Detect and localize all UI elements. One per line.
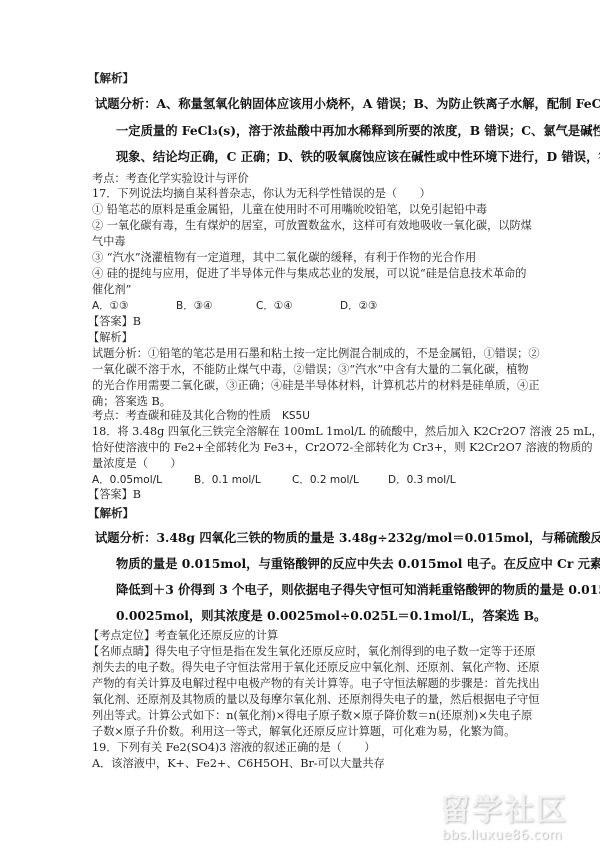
statement-4: ④ 硅的提纯与应用，促进了半导体元件与集成芯业的发展，可以说“硅是信息技术革命的 <box>92 267 526 281</box>
watermark: 留学社区 bbs.liuxue86.com <box>440 795 590 847</box>
option-a: A．0.05mol/L <box>92 473 162 487</box>
option-b: B．0.1 mol/L <box>194 473 261 487</box>
mingshi-line: 产物的有关计算及电解过程中电极产物的有关计算等。电子守恒法解题的步骤是：首先找出 <box>92 677 540 691</box>
analysis-line: 一定质量的 FeCl₃(s)，溶于浓盐酸中再加水稀释到所要的浓度，B 错误；C、… <box>116 123 600 139</box>
analysis-line: 试题分析：3.48g 四氧化三铁的物质的量是 3.48g÷232g/mol＝0.… <box>95 530 600 546</box>
answer-18: 【答案】B <box>88 488 141 502</box>
watermark-url: bbs.liuxue86.com <box>442 828 562 843</box>
statement-3: ③ “汽水”浇灌植物有一定道理，其中二氧化碳的缓释，有利于作物的光合作用 <box>92 251 476 265</box>
document-page: 【解析】 试题分析：A、称量氢氧化钠固体应该用小烧杯，A 错误；B、为防止铁离子… <box>0 0 600 848</box>
analysis-line: 现象、结论均正确，C 正确；D、铁的吸氧腐蚀应该在碱性或中性环境下进行，D 错误… <box>116 149 600 165</box>
analysis-line: 一氧化碳不溶于水，不能防止煤气中毒，②错误；③“汽水”中含有大量的二氧化碳，植物 <box>92 363 529 377</box>
analysis-line: 试题分析：A、称量氢氧化钠固体应该用小烧杯，A 错误；B、为防止铁离子水解，配制… <box>95 96 600 112</box>
option-c: C．①④ <box>256 299 293 313</box>
mingshi-line: 氧化剂、还原剂及其物质的量以及每摩尔氧化剂、还原剂得失电子的量，然后根据电子守恒 <box>92 693 540 707</box>
statement-2: ② 一氧化碳有毒，生有煤炉的居室，可放置数盆水，这样可有效地吸收一氧化碳，以防煤 <box>92 219 532 233</box>
kaodian-text: 考点：考查化学实验设计与评价 <box>92 172 249 186</box>
option-a: A．①③ <box>92 299 129 313</box>
analysis-line: 0.0025mol，则其浓度是 0.0025mol÷0.025L＝0.1mol/… <box>116 608 546 624</box>
option-c: C．0.2 mol/L <box>292 473 359 487</box>
option-d: D．0.3 mol/L <box>388 473 456 487</box>
kaodian-dingwei: 【考点定位】考查氧化还原反应的计算 <box>88 629 278 643</box>
answer-17: 【答案】B <box>88 315 141 329</box>
statement-4-cont: 催化剂” <box>92 283 131 297</box>
mingshi-line: 列出等式。计算公式如下：n(氧化剂)×得电子原子数×原子降价数＝n(还原剂)×失… <box>92 709 532 723</box>
statement-2-cont: 气中毒 <box>92 235 126 249</box>
kaodian-text: 考点：考查碳和硅及其化合物的性质 <box>92 409 271 423</box>
statement-1: ① 铅笔芯的原料是重金属铅，儿童在使用时不可用嘴吮咬铅笔，以免引起铅中毒 <box>92 203 487 217</box>
mingshi-line: 剂失去的电子数。得失电子守恒法常用于氧化还原反应中氧化剂、还原剂、氧化产物、还原 <box>92 661 540 675</box>
question-18-stem: 恰好使溶液中的 Fe2+全部转化为 Fe3+，Cr2O72-全部转化为 Cr3+… <box>92 441 593 455</box>
jiexi-heading: 【解析】 <box>88 71 134 85</box>
analysis-line: 降低到＋3 价得到 3 个电子，则依据电子得失守恒可知消耗重铬酸钾的物质的量是 … <box>116 582 600 598</box>
analysis-line: 的光合作用需要二氧化碳，③正确；④硅是半导体材料，计算机芯片的材料是硅单质，④正 <box>92 379 540 393</box>
mingshi-dianjing: 【名师点睛】得失电子守恒是指在发生氧化还原反应时，氧化剂得到的电子数一定等于还原 <box>88 645 536 659</box>
question-18-stem: 量浓度是（ ） <box>92 457 182 471</box>
source-tag: KS5U <box>282 409 310 423</box>
mingshi-line: 子数×原子升价数。利用这一等式，解氧化还原反应计算题，可化难为易，化繁为简。 <box>92 725 515 739</box>
question-18-stem: 18．将 3.48g 四氧化三铁完全溶解在 100mL 1mol/L 的硫酸中，… <box>92 425 600 439</box>
option-b: B．③④ <box>176 299 213 313</box>
jiexi-heading-18: 【解析】 <box>88 506 134 520</box>
question-17-stem: 17．下列说法均摘自某科普杂志，你认为无科学性错误的是（ ） <box>92 187 431 201</box>
option-a: A．该溶液中，K+、Fe2+、C6H5OH、Br-可以大量共存 <box>92 757 385 771</box>
analysis-line: 确；答案选 B。 <box>92 395 171 409</box>
analysis-line: 试题分析：①铅笔的笔芯是用石墨和粘土按一定比例混合制成的，不是金属铅，①错误；② <box>92 347 540 361</box>
option-d: D．②③ <box>340 299 377 313</box>
watermark-logo-text: 留学社区 <box>440 795 568 827</box>
analysis-line: 物质的量是 0.015mol，与重铬酸钾的反应中失去 0.015mol 电子。在… <box>116 556 600 572</box>
question-19-stem: 19．下列有关 Fe2(SO4)3 溶液的叙述正确的是（ ） <box>92 741 375 755</box>
jiexi-heading-17: 【解析】 <box>88 331 133 345</box>
